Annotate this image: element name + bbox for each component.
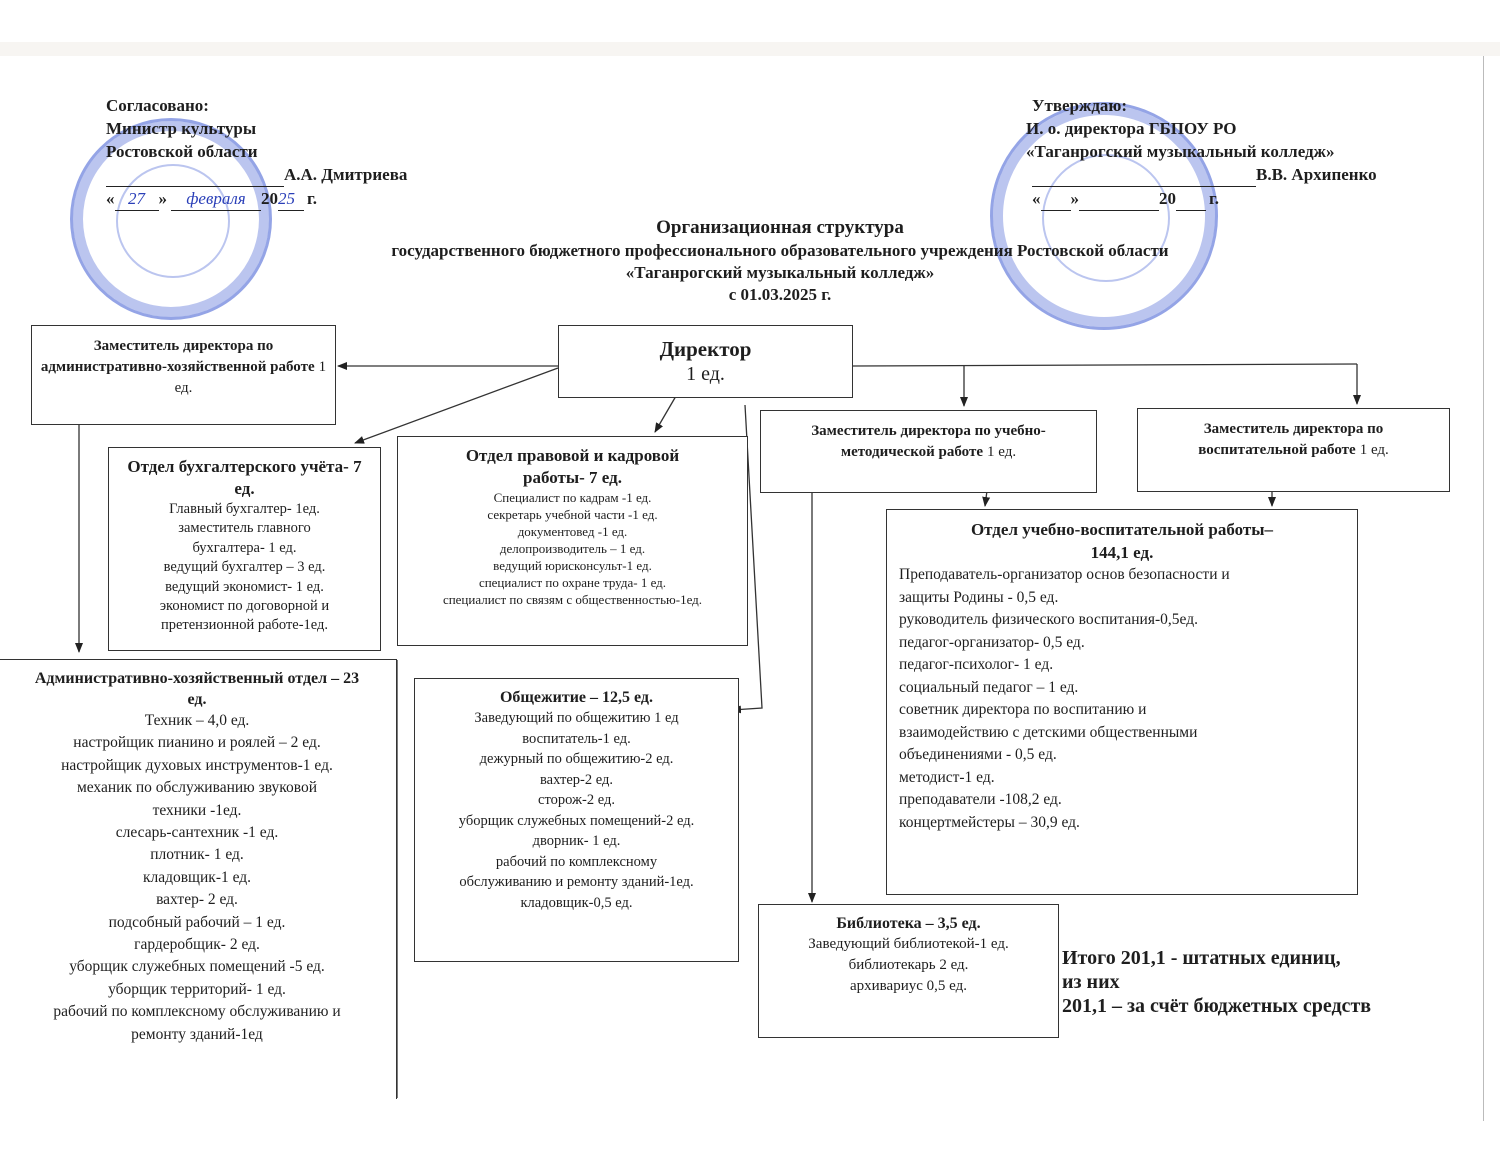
staff-item: уборщик служебных помещений -5 ед. (4, 956, 390, 978)
staff-item: преподаватели -108,2 ед. (899, 789, 1345, 812)
accounting-title: Отдел бухгалтерского учёта- 7 ед. (123, 456, 366, 500)
educational-dept-box: Отдел учебно-воспитательной работы– 144,… (886, 509, 1358, 895)
staff-item: концертмейстеры – 30,9 ед. (899, 812, 1345, 835)
deputy-educational-box: Заместитель директора по воспитательной … (1137, 408, 1450, 492)
staff-item: сторож-2 ед. (419, 790, 734, 811)
staff-item: Специалист по кадрам -1 ед. (402, 489, 743, 506)
staff-item: секретарь учебной части -1 ед. (402, 506, 743, 523)
staff-item: Главный бухгалтер- 1ед. (123, 500, 366, 519)
director-units: 1 ед. (559, 362, 852, 386)
dormitory-box: Общежитие – 12,5 ед. Заведующий по общеж… (414, 678, 739, 962)
admin-dept-box: Административно-хозяйственный отдел – 23… (0, 659, 397, 1099)
staff-item: социальный педагог – 1 ед. (899, 677, 1345, 700)
library-title: Библиотека – 3,5 ед. (763, 913, 1054, 934)
deputy-admin-title: Заместитель директора по административно… (41, 338, 315, 375)
legal-hr-box: Отдел правовой и кадровой работы- 7 ед. … (397, 436, 748, 646)
staff-item: уборщик служебных помещений-2 ед. (419, 811, 734, 832)
deputy-educational-title: Заместитель директора по воспитательной … (1198, 421, 1383, 458)
staff-item: заместитель главного (123, 519, 366, 538)
deputy-methodical-units: 1 ед. (987, 444, 1016, 460)
staff-item: настройщик пианино и роялей – 2 ед. (4, 732, 390, 754)
staff-item: гардеробщик- 2 ед. (4, 934, 390, 956)
staff-item: педагог-организатор- 0,5 ед. (899, 632, 1345, 655)
accounting-box: Отдел бухгалтерского учёта- 7 ед. Главны… (108, 447, 381, 651)
deputy-methodical-box: Заместитель директора по учебно-методиче… (760, 410, 1097, 493)
admin-dept-items: Техник – 4,0 ед.настройщик пианино и роя… (4, 710, 390, 1046)
staff-item: Техник – 4,0 ед. (4, 710, 390, 732)
legal-hr-title: Отдел правовой и кадровой работы- 7 ед. (402, 445, 743, 489)
staff-item: ведущий юрисконсульт-1 ед. (402, 557, 743, 574)
staff-item: библиотекарь 2 ед. (763, 955, 1054, 976)
total-line-1: Итого 201,1 - штатных единиц, (1062, 946, 1371, 970)
staff-item: вахтер- 2 ед. (4, 889, 390, 911)
staff-item: обслуживанию и ремонту зданий-1ед. (419, 872, 734, 893)
library-box: Библиотека – 3,5 ед. Заведующий библиоте… (758, 904, 1059, 1038)
staff-item: подсобный рабочий – 1 ед. (4, 912, 390, 934)
staff-item: экономист по договорной и (123, 597, 366, 616)
staff-item: советник директора по воспитанию и (899, 699, 1345, 722)
staff-item: Заведующий по общежитию 1 ед (419, 708, 734, 729)
deputy-admin-box: Заместитель директора по административно… (31, 325, 336, 425)
legal-hr-items: Специалист по кадрам -1 ед.секретарь уче… (402, 489, 743, 608)
library-items: Заведующий библиотекой-1 ед.библиотекарь… (763, 934, 1054, 997)
director-title: Директор (559, 336, 852, 362)
staff-item: вахтер-2 ед. (419, 770, 734, 791)
staff-item: специалист по связям с общественностью-1… (402, 591, 743, 608)
total-line-2: из них (1062, 970, 1371, 994)
staff-item: объединениями - 0,5 ед. (899, 744, 1345, 767)
director-box: Директор 1 ед. (558, 325, 853, 398)
staff-item: руководитель физического воспитания-0,5е… (899, 609, 1345, 632)
staff-item: ремонту зданий-1ед (4, 1024, 390, 1046)
educational-dept-items: Преподаватель-организатор основ безопасн… (899, 564, 1345, 834)
deputy-educational-units: 1 ед. (1360, 442, 1389, 458)
staff-item: слесарь-сантехник -1 ед. (4, 822, 390, 844)
staff-item: защиты Родины - 0,5 ед. (899, 587, 1345, 610)
staff-item: ведущий экономист- 1 ед. (123, 578, 366, 597)
staff-item: делопроизводитель – 1 ед. (402, 540, 743, 557)
staff-item: кладовщик-0,5 ед. (419, 893, 734, 914)
staff-item: бухгалтера- 1 ед. (123, 539, 366, 558)
staff-total: Итого 201,1 - штатных единиц, из них 201… (1062, 946, 1371, 1018)
educational-dept-title: Отдел учебно-воспитательной работы– 144,… (899, 518, 1345, 564)
staff-item: дворник- 1 ед. (419, 831, 734, 852)
staff-item: рабочий по комплексному обслуживанию и (4, 1001, 390, 1023)
staff-item: Преподаватель-организатор основ безопасн… (899, 564, 1345, 587)
staff-item: воспитатель-1 ед. (419, 729, 734, 750)
staff-item: уборщик территорий- 1 ед. (4, 979, 390, 1001)
staff-item: плотник- 1 ед. (4, 844, 390, 866)
staff-item: рабочий по комплексному (419, 852, 734, 873)
staff-item: архивариус 0,5 ед. (763, 976, 1054, 997)
staff-item: методист-1 ед. (899, 767, 1345, 790)
staff-item: претензионной работе-1ед. (123, 616, 366, 635)
staff-item: кладовщик-1 ед. (4, 867, 390, 889)
admin-dept-title: Административно-хозяйственный отдел – 23… (4, 668, 390, 710)
staff-item: ведущий бухгалтер – 3 ед. (123, 558, 366, 577)
total-line-3: 201,1 – за счёт бюджетных средств (1062, 994, 1371, 1018)
dormitory-title: Общежитие – 12,5 ед. (419, 687, 734, 708)
staff-item: техники -1ед. (4, 800, 390, 822)
accounting-items: Главный бухгалтер- 1ед.заместитель главн… (123, 500, 366, 636)
staff-item: механик по обслуживанию звуковой (4, 777, 390, 799)
staff-item: взаимодействию с детскими общественными (899, 722, 1345, 745)
staff-item: дежурный по общежитию-2 ед. (419, 749, 734, 770)
staff-item: Заведующий библиотекой-1 ед. (763, 934, 1054, 955)
staff-item: документовед -1 ед. (402, 523, 743, 540)
staff-item: специалист по охране труда- 1 ед. (402, 574, 743, 591)
staff-item: педагог-психолог- 1 ед. (899, 654, 1345, 677)
staff-item: настройщик духовых инструментов-1 ед. (4, 755, 390, 777)
dormitory-items: Заведующий по общежитию 1 едвоспитатель-… (419, 708, 734, 913)
